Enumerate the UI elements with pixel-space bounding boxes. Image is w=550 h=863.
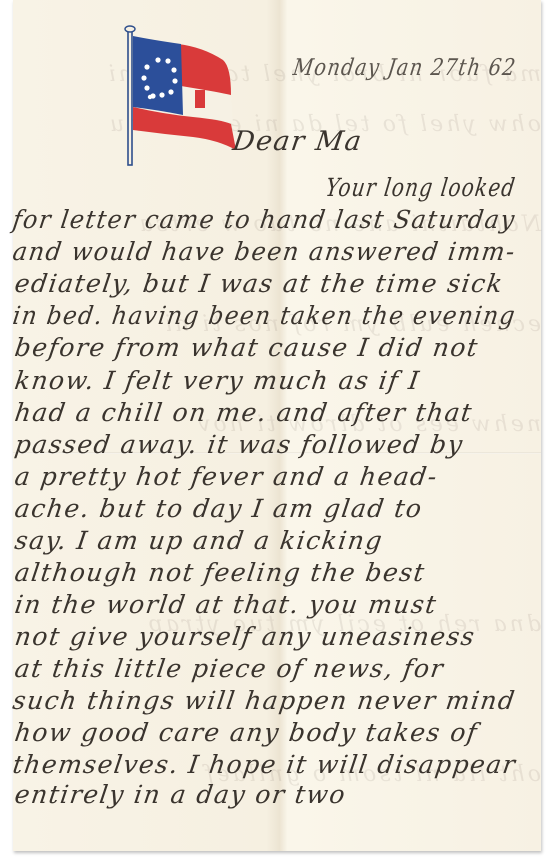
- body-line: in the world at that. you must: [13, 590, 439, 619]
- body-line: how good care any body takes of: [13, 718, 480, 747]
- body-line: for letter came to hand last Saturday: [11, 205, 518, 234]
- body-line: a pretty hot fever and a head-: [13, 462, 440, 491]
- body-line: although not feeling the best: [13, 558, 427, 587]
- body-line: such things will happen never mind: [11, 686, 518, 715]
- salutation: Dear Ma: [231, 126, 365, 157]
- body-line: say. I am up and a kicking: [13, 526, 385, 555]
- body-line: not give yourself any uneasiness: [13, 622, 477, 651]
- body-line: Your long looked: [324, 173, 518, 202]
- body-line: before from what cause I did not: [13, 333, 481, 362]
- body-line: know. I felt very much as if I: [13, 366, 422, 395]
- body-line: entirely in a day or two: [13, 780, 348, 809]
- body-line: in bed. having been taken the evening: [11, 301, 518, 330]
- letter-page: ma fuor ni brol yhel taha sit ni ohw yhe…: [13, 0, 541, 851]
- body-line: ediately, but I was at the time sick: [13, 269, 506, 298]
- body-line: passed away. it was followed by: [13, 430, 465, 459]
- body-line: and would have been answered imm-: [11, 237, 518, 266]
- body-line: had a chill on me. and after that: [13, 398, 475, 427]
- body-line: themselves. I hope it will disappear: [11, 750, 518, 779]
- body-line: at this little piece of news, for: [13, 654, 446, 683]
- body-line: ache. but to day I am glad to: [13, 494, 425, 523]
- date-line: Monday Jan 27th 62: [291, 55, 518, 81]
